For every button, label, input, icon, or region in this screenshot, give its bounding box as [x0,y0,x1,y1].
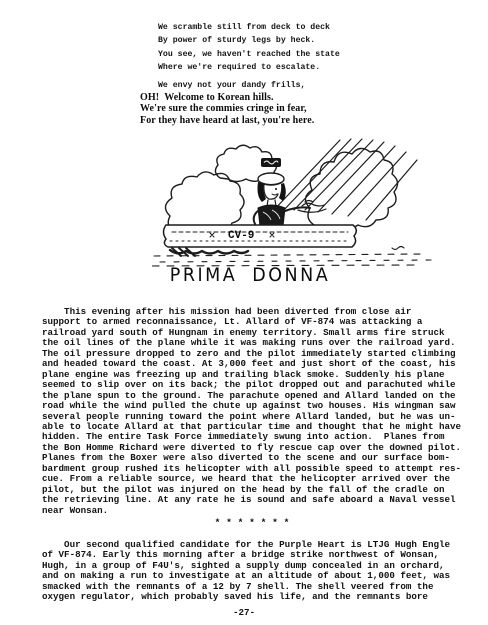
cartoon-caption: PRIMA DONNA [0,266,488,287]
water-sketch [152,247,432,267]
prima-donna-cartoon-illustration: CV-9 [152,136,440,268]
poem-line-typed: We envy not your dandy frills, [158,79,314,92]
poem-stanza-2: We envy not your dandy frills, OH! Welco… [140,79,314,126]
story-paragraph-2: Our second qualified candidate for the P… [42,540,450,603]
scanned-document-page: We scramble still from deck to deckBy po… [0,0,488,625]
eye [275,188,277,190]
poem-stanza-1: We scramble still from deck to deckBy po… [158,21,340,75]
carrier-hull: CV-9 [164,225,357,247]
cv9-label: CV-9 [228,230,254,242]
poem-lines-serif: OH! Welcome to Korean hills.We're sure t… [140,92,314,126]
face [264,184,278,199]
story-paragraph-1: This evening after his mission had been … [42,307,461,516]
cloud-right [305,148,397,229]
asterisk-divider: * * * * * * * [42,517,462,528]
page-number: -27- [0,607,488,618]
